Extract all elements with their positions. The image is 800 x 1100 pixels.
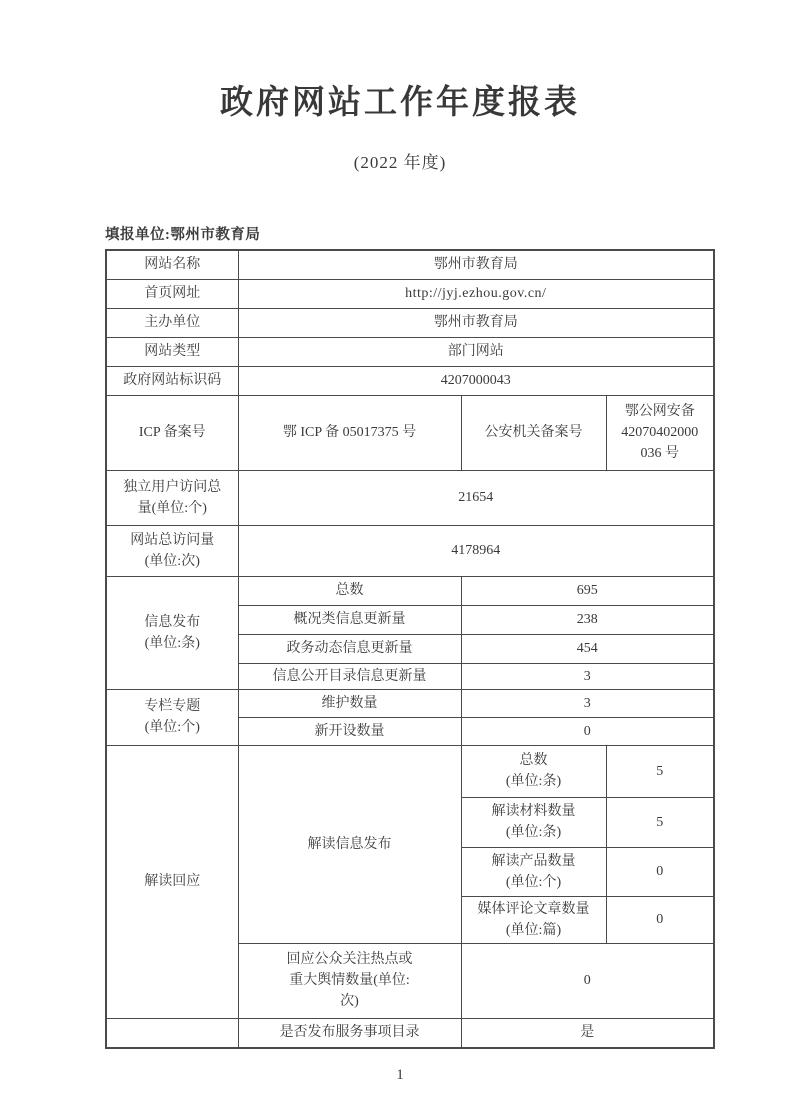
interpretation-products-label: 解读产品数量 (单位:个) — [461, 847, 606, 896]
table-row: 是否发布服务事项目录 是 — [106, 1018, 714, 1048]
table-row: ICP 备案号 鄂 ICP 备 05017375 号 公安机关备案号 鄂公网安备… — [106, 395, 714, 470]
total-visits-value: 4178964 — [238, 525, 714, 576]
info-publish-news-label: 政务动态信息更新量 — [238, 634, 461, 663]
interpretation-media-label: 媒体评论文章数量 (单位:篇) — [461, 896, 606, 943]
icp-value: 鄂 ICP 备 05017375 号 — [238, 395, 461, 470]
unique-visitors-value: 21654 — [238, 470, 714, 525]
public-response-label: 回应公众关注热点或 重大舆情数量(单位: 次) — [238, 943, 461, 1018]
home-url-label: 首页网址 — [106, 279, 238, 308]
info-publish-total-label: 总数 — [238, 576, 461, 605]
icp-label: ICP 备案号 — [106, 395, 238, 470]
interpretation-total-value: 5 — [606, 745, 714, 797]
page-number: 1 — [0, 1067, 800, 1084]
info-publish-overview-value: 238 — [461, 605, 714, 634]
table-row: 网站类型 部门网站 — [106, 337, 714, 366]
interpretation-materials-label: 解读材料数量 (单位:条) — [461, 797, 606, 847]
empty-cell — [106, 1018, 238, 1048]
home-url-value: http://jyj.ezhou.gov.cn/ — [238, 279, 714, 308]
info-publish-overview-label: 概况类信息更新量 — [238, 605, 461, 634]
sponsor-value: 鄂州市教育局 — [238, 308, 714, 337]
service-catalog-label: 是否发布服务事项目录 — [238, 1018, 461, 1048]
service-catalog-value: 是 — [461, 1018, 714, 1048]
security-record-value: 鄂公网安备 42070402000 036 号 — [606, 395, 714, 470]
interpretation-media-value: 0 — [606, 896, 714, 943]
table-row: 首页网址 http://jyj.ezhou.gov.cn/ — [106, 279, 714, 308]
special-columns-new-value: 0 — [461, 717, 714, 745]
total-visits-label: 网站总访问量 (单位:次) — [106, 525, 238, 576]
annual-report-table: 网站名称 鄂州市教育局 首页网址 http://jyj.ezhou.gov.cn… — [105, 249, 715, 1049]
info-publish-directory-label: 信息公开目录信息更新量 — [238, 663, 461, 689]
site-code-value: 4207000043 — [238, 366, 714, 395]
interpretation-label: 解读回应 — [106, 745, 238, 1018]
page-subtitle: (2022 年度) — [0, 148, 800, 173]
interpretation-total-label: 总数 (单位:条) — [461, 745, 606, 797]
info-publish-total-value: 695 — [461, 576, 714, 605]
table-row: 政府网站标识码 4207000043 — [106, 366, 714, 395]
table-row: 独立用户访问总 量(单位:个) 21654 — [106, 470, 714, 525]
info-publish-label: 信息发布 (单位:条) — [106, 576, 238, 689]
special-columns-label: 专栏专题 (单位:个) — [106, 689, 238, 745]
table-row: 网站名称 鄂州市教育局 — [106, 250, 714, 279]
table-row: 专栏专题 (单位:个) 维护数量 3 — [106, 689, 714, 717]
info-publish-directory-value: 3 — [461, 663, 714, 689]
unique-visitors-label: 独立用户访问总 量(单位:个) — [106, 470, 238, 525]
public-response-value: 0 — [461, 943, 714, 1018]
special-columns-maintained-label: 维护数量 — [238, 689, 461, 717]
table-row: 解读回应 解读信息发布 总数 (单位:条) 5 — [106, 745, 714, 797]
special-columns-new-label: 新开设数量 — [238, 717, 461, 745]
security-record-label: 公安机关备案号 — [461, 395, 606, 470]
reporting-unit: 填报单位:鄂州市教育局 — [105, 223, 800, 244]
interpretation-products-value: 0 — [606, 847, 714, 896]
table-row: 信息发布 (单位:条) 总数 695 — [106, 576, 714, 605]
site-name-value: 鄂州市教育局 — [238, 250, 714, 279]
table-row: 主办单位 鄂州市教育局 — [106, 308, 714, 337]
table-row: 网站总访问量 (单位:次) 4178964 — [106, 525, 714, 576]
info-publish-news-value: 454 — [461, 634, 714, 663]
interpretation-materials-value: 5 — [606, 797, 714, 847]
site-name-label: 网站名称 — [106, 250, 238, 279]
site-type-value: 部门网站 — [238, 337, 714, 366]
special-columns-maintained-value: 3 — [461, 689, 714, 717]
site-code-label: 政府网站标识码 — [106, 366, 238, 395]
interpretation-publish-label: 解读信息发布 — [238, 745, 461, 943]
page-title: 政府网站工作年度报表 — [0, 0, 800, 123]
sponsor-label: 主办单位 — [106, 308, 238, 337]
site-type-label: 网站类型 — [106, 337, 238, 366]
report-page: 政府网站工作年度报表 (2022 年度) 填报单位:鄂州市教育局 网站名称 鄂州… — [0, 0, 800, 1100]
